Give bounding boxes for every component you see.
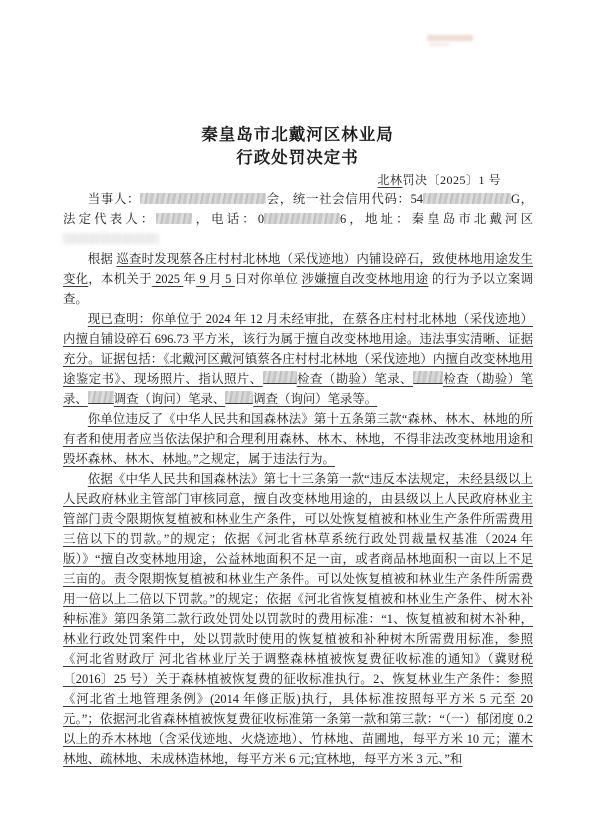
issuing-agency: 秦皇岛市北戴河区林业局 [0,123,595,146]
text-segment: 会，统一社会信用代码：54 [266,192,423,206]
underlined-text-segment: 2025 [152,272,184,286]
document-number-rest: 罚决〔2025〕1 号 [402,173,501,187]
text-segment: ，本机关于 [88,272,151,286]
redaction-box [423,193,511,204]
text-segment: 日对你单位 [235,272,302,286]
document-title: 行政处罚决定书 [0,146,595,169]
underlined-text-segment: 调查（询问）笔录、 [114,392,226,406]
scanned-document-page: 秦皇岛市北戴河区林业局 行政处罚决定书 北林罚决〔2025〕1 号 当事人：会，… [0,0,595,840]
document-body: 当事人：会，统一社会信用代码：54G，法定代表人：，电话：06，地址：秦皇岛市北… [63,189,533,769]
redaction-box [413,371,443,384]
underlined-text-segment: 依据《中华人民共和国森林法》第七十三条第一款“违反本法规定，未经县级以上人民政府… [63,472,533,766]
underlined-text-segment: 涉嫌擅自改变林地用途 [302,272,429,286]
redaction-box [156,213,192,224]
text-segment: 当事人： [88,192,140,206]
document-header: 秦皇岛市北戴河区林业局 行政处罚决定书 [0,123,595,169]
underlined-text-segment: 9 [196,272,209,286]
underlined-text-segment: 调查（询问）笔录等。 [253,392,377,406]
paragraph-findings: 现已查明：你单位于 2024 年 12 月未经审批，在蔡各庄村村北林地（采伐迹地… [63,309,533,409]
paragraph-legal-basis: 依据《中华人民共和国森林法》第七十三条第一款“违反本法规定，未经县级以上人民政府… [63,469,533,769]
redaction-box [63,233,159,244]
redaction-box [264,213,340,224]
redaction-box [88,391,114,404]
paragraph-case-filing: 根据 巡查时发现蔡各庄村村北林地（采伐迹地）内铺设碎石，致使林地用途发生变化，本… [63,249,533,309]
underlined-text-segment: 5 [222,272,235,286]
redaction-box [140,193,266,204]
redaction-box [263,371,297,384]
text-segment: ，电话：0 [192,212,264,226]
text-segment: 6，地址：秦皇岛市北戴河区 [340,212,533,226]
document-number-prefix: 北林 [377,173,402,187]
paragraph-violation: 你单位违反了《中华人民共和国森林法》第十五条第三款“森林、林木、林地的所有者和使… [63,409,533,469]
faded-stamp-mark [427,35,473,41]
document-number: 北林罚决〔2025〕1 号 [377,171,501,188]
paragraph-party-info: 当事人：会，统一社会信用代码：54G，法定代表人：，电话：06，地址：秦皇岛市北… [63,189,533,249]
faded-stamp-mark-small [429,43,449,46]
text-segment: 年 [183,272,196,286]
text-segment: 月 [209,272,222,286]
text-segment: 根据 [88,252,117,266]
redaction-box [225,391,253,404]
underlined-text-segment: 检查（勘验）笔录、 [297,372,413,386]
underlined-text-segment: 你单位违反了《中华人民共和国森林法》第十五条第三款“森林、林木、林地的所有者和使… [63,412,533,466]
